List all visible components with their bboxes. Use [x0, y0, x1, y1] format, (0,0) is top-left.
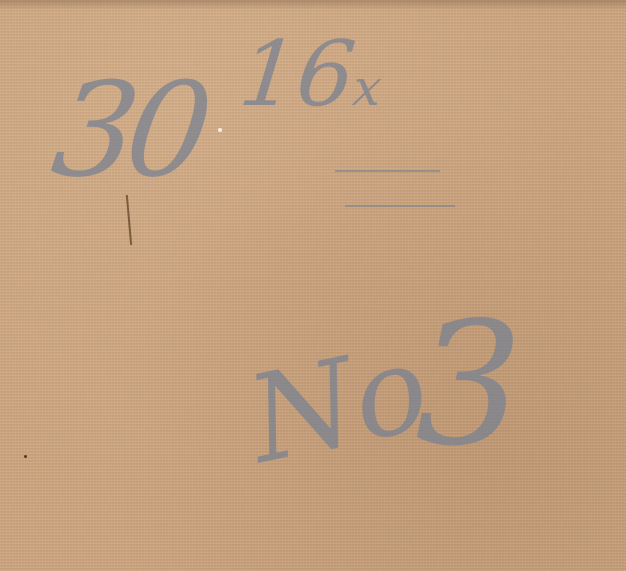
white-fleck	[218, 128, 222, 132]
inscription-16-number: 16	[235, 22, 361, 127]
inscription-16-suffix: x	[350, 59, 384, 117]
canvas-back: 30 16x No 3	[0, 0, 626, 571]
inscription-no: No	[239, 328, 437, 482]
underline-2	[345, 205, 455, 207]
inscription-16: 16x	[235, 30, 387, 120]
underline-1	[335, 170, 440, 172]
inscription-30: 30	[46, 65, 210, 195]
dark-speck	[24, 455, 27, 458]
inscription-3: 3	[415, 300, 523, 470]
top-edge-shadow	[0, 0, 626, 10]
